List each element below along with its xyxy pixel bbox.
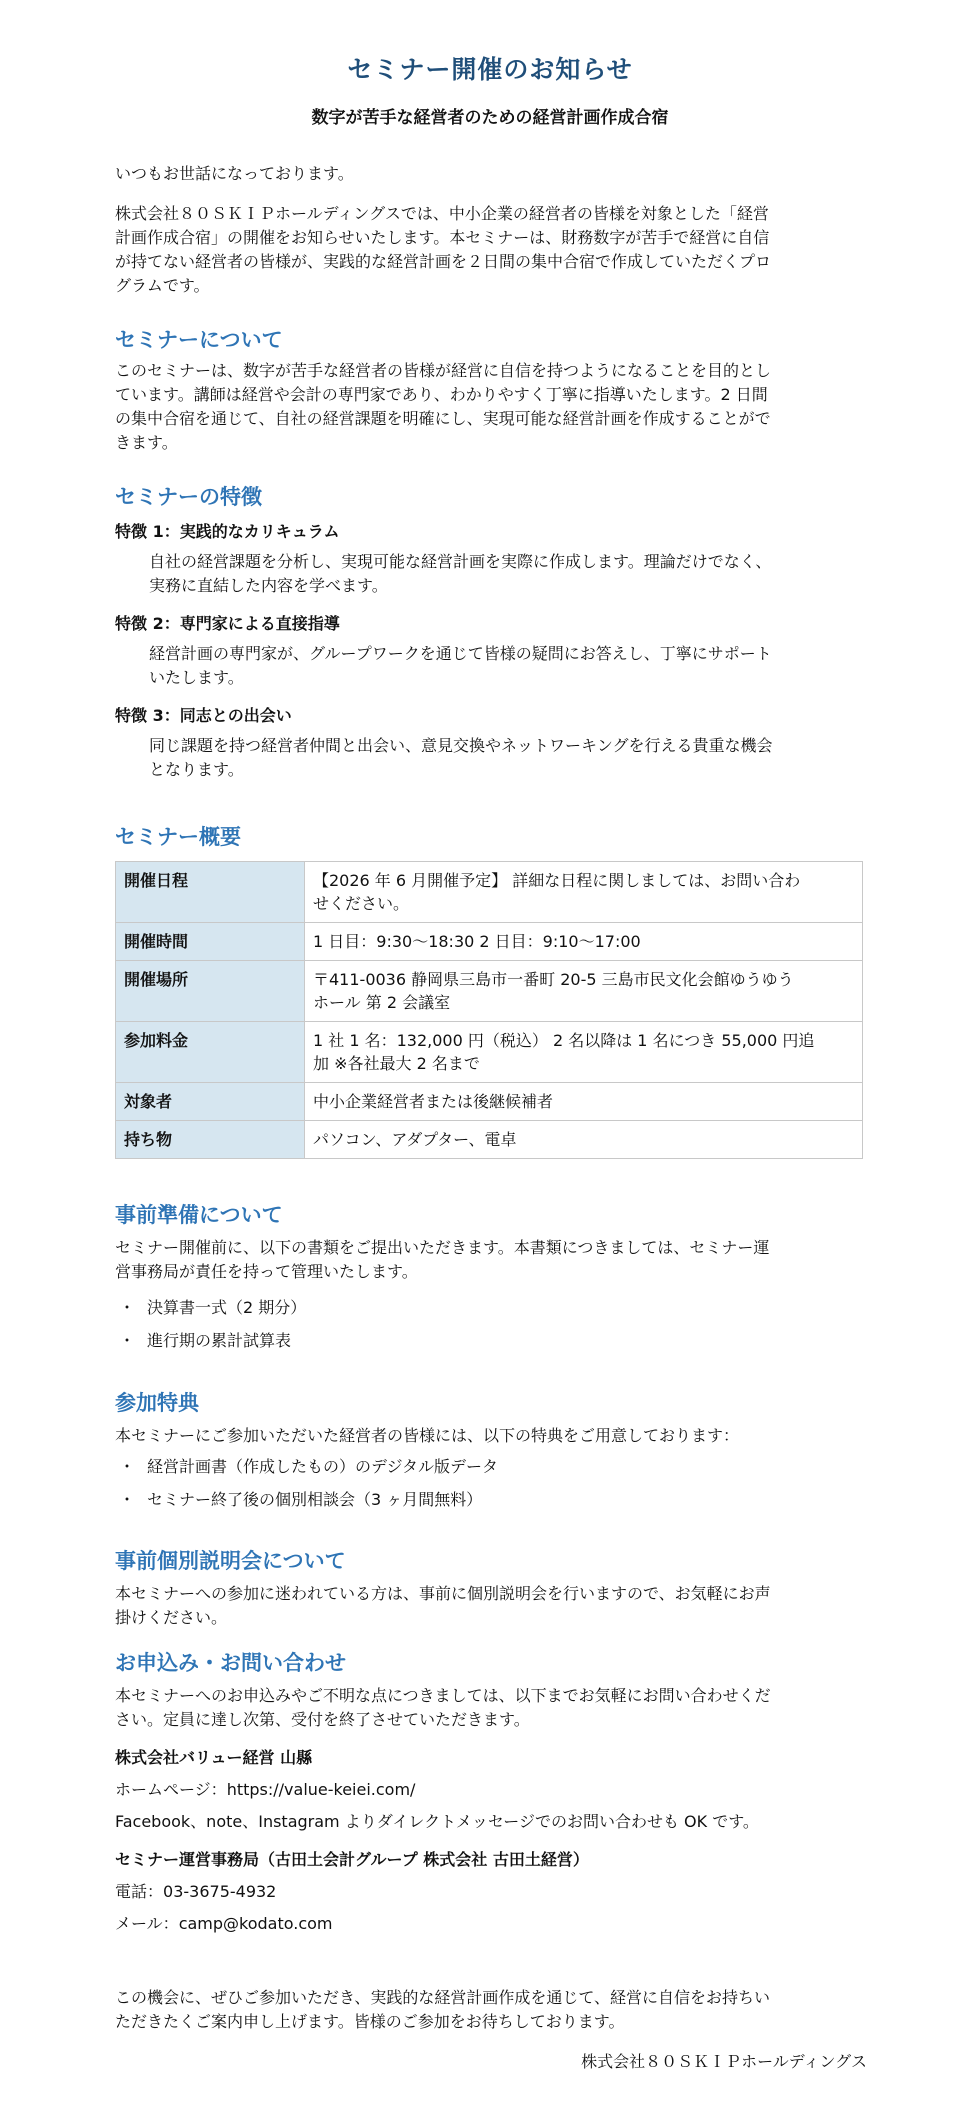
preparation-line: 営事務局が責任を持って管理いたします。 [115, 1260, 867, 1284]
homepage-label: ホームページ： [115, 1780, 227, 1799]
value-line: 1 日目：9:30～18:30 2 日目：9:10～17:00 [313, 930, 854, 953]
section-heading-benefits: 参加特典 [115, 1388, 867, 1418]
feature-label: 特徴 2：専門家による直接指導 [115, 612, 867, 636]
sns-note: Facebook、note、Instagram よりダイレクトメッセージでのお問… [115, 1810, 867, 1834]
value-line: ホール 第 2 会議室 [313, 991, 854, 1014]
contact-org-value-keiei: 株式会社バリュー経営 山縣 ホームページ：https://value-keiei… [115, 1746, 867, 1834]
value-line: せください。 [313, 892, 854, 915]
greeting: いつもお世話になっております。 [115, 162, 867, 186]
overview-section: セミナー概要 開催日程 【2026 年 6 月開催予定】 詳細な日程に関しまして… [115, 822, 867, 1159]
feature-line: 同じ課題を持つ経営者仲間と出会い、意見交換やネットワーキングを行える貴重な機会 [149, 734, 867, 758]
about-line: ています。講師は経営や会計の専門家であり、わかりやすく丁寧に指導いたします。2 … [115, 383, 867, 407]
contact-line: さい。定員に達し次第、受付を終了させていただきます。 [115, 1708, 867, 1732]
row-value: 〒411-0036 静岡県三島市一番町 20-5 三島市民文化会館ゆうゆう ホー… [305, 961, 863, 1022]
list-item: ・ 経営計画書（作成したもの）のデジタル版データ [115, 1455, 867, 1479]
overview-table: 開催日程 【2026 年 6 月開催予定】 詳細な日程に関しましては、お問い合わ… [115, 861, 863, 1159]
briefing-section: 事前個別説明会について 本セミナーへの参加に迷われている方は、事前に個別説明会を… [115, 1546, 867, 1630]
phone-number[interactable]: 03-3675-4932 [163, 1882, 276, 1901]
feature-item: 特徴 1：実践的なカリキュラム 自社の経営課題を分析し、実現可能な経営計画を実際… [115, 520, 867, 598]
feature-label: 特徴 1：実践的なカリキュラム [115, 520, 867, 544]
contact-org-office: セミナー運営事務局（古田土会計グループ 株式会社 古田土経営） 電話：03-36… [115, 1848, 867, 1936]
benefits-section: 参加特典 本セミナーにご参加いただいた経営者の皆様には、以下の特典をご用意してお… [115, 1388, 867, 1521]
contact-paragraph: 本セミナーへのお申込みやご不明な点につきましては、以下までお気軽にお問い合わせく… [115, 1684, 867, 1732]
table-row: 持ち物 パソコン、アダプター、電卓 [116, 1121, 863, 1159]
contact-line: 本セミナーへのお申込みやご不明な点につきましては、以下までお気軽にお問い合わせく… [115, 1684, 867, 1708]
about-section: セミナーについて このセミナーは、数字が苦手な経営者の皆様が経営に自信を持つよう… [115, 325, 867, 455]
row-label: 開催日程 [116, 862, 305, 923]
value-line: 【2026 年 6 月開催予定】 詳細な日程に関しましては、お問い合わ [313, 869, 854, 892]
section-heading-briefing: 事前個別説明会について [115, 1546, 867, 1576]
feature-item: 特徴 3：同志との出会い 同じ課題を持つ経営者仲間と出会い、意見交換やネットワー… [115, 704, 867, 782]
closing-line: この機会に、ぜひご参加いただき、実践的な経営計画作成を通じて、経営に自信をお持ち… [115, 1986, 867, 2010]
preparation-line: セミナー開催前に、以下の書類をご提出いただきます。本書類につきましては、セミナー… [115, 1236, 867, 1260]
section-heading-preparation: 事前準備について [115, 1200, 867, 1230]
table-row: 対象者 中小企業経営者または後継候補者 [116, 1083, 863, 1121]
email-link[interactable]: camp@kodato.com [179, 1914, 333, 1933]
list-item: ・ 決算書一式（2 期分） [115, 1296, 867, 1320]
table-row: 開催場所 〒411-0036 静岡県三島市一番町 20-5 三島市民文化会館ゆう… [116, 961, 863, 1022]
list-item: ・ セミナー終了後の個別相談会（3 ヶ月間無料） [115, 1488, 867, 1512]
feature-line: 実務に直結した内容を学べます。 [149, 574, 867, 598]
intro-line: が持てない経営者の皆様が、実践的な経営計画を２日間の集中合宿で作成していただくプ… [115, 250, 867, 274]
bullet-icon: ・ [115, 1488, 147, 1512]
row-label: 参加料金 [116, 1022, 305, 1083]
phone-label: 電話： [115, 1882, 163, 1901]
briefing-line: 掛けください。 [115, 1606, 867, 1630]
bullet-icon: ・ [115, 1296, 147, 1320]
feature-line: いたします。 [149, 666, 867, 690]
section-heading-contact: お申込み・お問い合わせ [115, 1648, 867, 1678]
intro-section: いつもお世話になっております。 株式会社８０ＳＫＩＰホールディングスでは、中小企… [115, 162, 867, 298]
page-subtitle: 数字が苦手な経営者のための経営計画作成合宿 [0, 103, 980, 128]
row-value: 中小企業経営者または後継候補者 [305, 1083, 863, 1121]
list-item-text: 決算書一式（2 期分） [147, 1296, 306, 1320]
phone-line: 電話：03-3675-4932 [115, 1880, 867, 1904]
preparation-section: 事前準備について セミナー開催前に、以下の書類をご提出いただきます。本書類につき… [115, 1200, 867, 1362]
preparation-list: ・ 決算書一式（2 期分） ・ 進行期の累計試算表 [115, 1296, 867, 1353]
about-line: このセミナーは、数字が苦手な経営者の皆様が経営に自信を持つようになることを目的と… [115, 359, 867, 383]
row-label: 持ち物 [116, 1121, 305, 1159]
section-heading-about: セミナーについて [115, 325, 867, 355]
table-row: 開催時間 1 日目：9:30～18:30 2 日目：9:10～17:00 [116, 923, 863, 961]
feature-item: 特徴 2：専門家による直接指導 経営計画の専門家が、グループワークを通じて皆様の… [115, 612, 867, 690]
about-line: の集中合宿を通じて、自社の経営課題を明確にし、実現可能な経営計画を作成することが… [115, 407, 867, 431]
intro-line: グラムです。 [115, 274, 867, 298]
row-value: 1 日目：9:30～18:30 2 日目：9:10～17:00 [305, 923, 863, 961]
contact-org-name: 株式会社バリュー経営 山縣 [115, 1746, 867, 1770]
table-row: 開催日程 【2026 年 6 月開催予定】 詳細な日程に関しましては、お問い合わ… [116, 862, 863, 923]
intro-paragraph: 株式会社８０ＳＫＩＰホールディングスでは、中小企業の経営者の皆様を対象とした「経… [115, 202, 867, 298]
about-line: きます。 [115, 431, 867, 455]
preparation-paragraph: セミナー開催前に、以下の書類をご提出いただきます。本書類につきましては、セミナー… [115, 1236, 867, 1284]
feature-label: 特徴 3：同志との出会い [115, 704, 867, 728]
benefits-intro: 本セミナーにご参加いただいた経営者の皆様には、以下の特典をご用意しております： [115, 1424, 867, 1448]
signature: 株式会社８０ＳＫＩＰホールディングス [115, 2050, 867, 2074]
contact-section: お申込み・お問い合わせ 本セミナーへのお申込みやご不明な点につきましては、以下ま… [115, 1648, 867, 1936]
feature-line: となります。 [149, 758, 867, 782]
closing-line: ただきたくご案内申し上げます。皆様のご参加をお待ちしております。 [115, 2010, 867, 2034]
row-label: 対象者 [116, 1083, 305, 1121]
feature-description: 同じ課題を持つ経営者仲間と出会い、意見交換やネットワーキングを行える貴重な機会 … [149, 734, 867, 782]
section-heading-overview: セミナー概要 [115, 822, 867, 852]
list-item: ・ 進行期の累計試算表 [115, 1329, 867, 1353]
value-line: 1 社 1 名：132,000 円（税込） 2 名以降は 1 名につき 55,0… [313, 1029, 854, 1052]
feature-description: 経営計画の専門家が、グループワークを通じて皆様の疑問にお答えし、丁寧にサポート … [149, 642, 867, 690]
row-value: 【2026 年 6 月開催予定】 詳細な日程に関しましては、お問い合わ せくださ… [305, 862, 863, 923]
row-value: 1 社 1 名：132,000 円（税込） 2 名以降は 1 名につき 55,0… [305, 1022, 863, 1083]
list-item-text: セミナー終了後の個別相談会（3 ヶ月間無料） [147, 1488, 482, 1512]
list-item-text: 進行期の累計試算表 [147, 1329, 291, 1353]
homepage-link[interactable]: https://value-keiei.com/ [227, 1780, 416, 1799]
section-heading-features: セミナーの特徴 [115, 482, 867, 512]
value-line: 〒411-0036 静岡県三島市一番町 20-5 三島市民文化会館ゆうゆう [313, 968, 854, 991]
features-section: セミナーの特徴 特徴 1：実践的なカリキュラム 自社の経営課題を分析し、実現可能… [115, 482, 867, 782]
page-title: セミナー開催のお知らせ [0, 50, 980, 86]
table-row: 参加料金 1 社 1 名：132,000 円（税込） 2 名以降は 1 名につき… [116, 1022, 863, 1083]
seminar-announcement-page: セミナー開催のお知らせ 数字が苦手な経営者のための経営計画作成合宿 いつもお世話… [0, 0, 980, 2117]
intro-line: 株式会社８０ＳＫＩＰホールディングスでは、中小企業の経営者の皆様を対象とした「経… [115, 202, 867, 226]
row-value: パソコン、アダプター、電卓 [305, 1121, 863, 1159]
closing-section: この機会に、ぜひご参加いただき、実践的な経営計画作成を通じて、経営に自信をお持ち… [115, 1986, 867, 2074]
feature-description: 自社の経営課題を分析し、実現可能な経営計画を実際に作成します。理論だけでなく、 … [149, 550, 867, 598]
contact-org-name: セミナー運営事務局（古田土会計グループ 株式会社 古田土経営） [115, 1848, 867, 1872]
row-label: 開催場所 [116, 961, 305, 1022]
briefing-paragraph: 本セミナーへの参加に迷われている方は、事前に個別説明会を行いますので、お気軽にお… [115, 1582, 867, 1630]
value-line: 加 ※各社最大 2 名まで [313, 1052, 854, 1075]
feature-line: 経営計画の専門家が、グループワークを通じて皆様の疑問にお答えし、丁寧にサポート [149, 642, 867, 666]
bullet-icon: ・ [115, 1329, 147, 1353]
email-label: メール： [115, 1914, 179, 1933]
email-line: メール：camp@kodato.com [115, 1912, 867, 1936]
benefits-list: ・ 経営計画書（作成したもの）のデジタル版データ ・ セミナー終了後の個別相談会… [115, 1455, 867, 1512]
list-item-text: 経営計画書（作成したもの）のデジタル版データ [147, 1455, 498, 1479]
briefing-line: 本セミナーへの参加に迷われている方は、事前に個別説明会を行いますので、お気軽にお… [115, 1582, 867, 1606]
value-line: パソコン、アダプター、電卓 [313, 1128, 854, 1151]
bullet-icon: ・ [115, 1455, 147, 1479]
row-label: 開催時間 [116, 923, 305, 961]
about-paragraph: このセミナーは、数字が苦手な経営者の皆様が経営に自信を持つようになることを目的と… [115, 359, 867, 455]
intro-line: 計画作成合宿」の開催をお知らせいたします。本セミナーは、財務数字が苦手で経営に自… [115, 226, 867, 250]
homepage-line: ホームページ：https://value-keiei.com/ [115, 1778, 867, 1802]
value-line: 中小企業経営者または後継候補者 [313, 1090, 854, 1113]
feature-line: 自社の経営課題を分析し、実現可能な経営計画を実際に作成します。理論だけでなく、 [149, 550, 867, 574]
